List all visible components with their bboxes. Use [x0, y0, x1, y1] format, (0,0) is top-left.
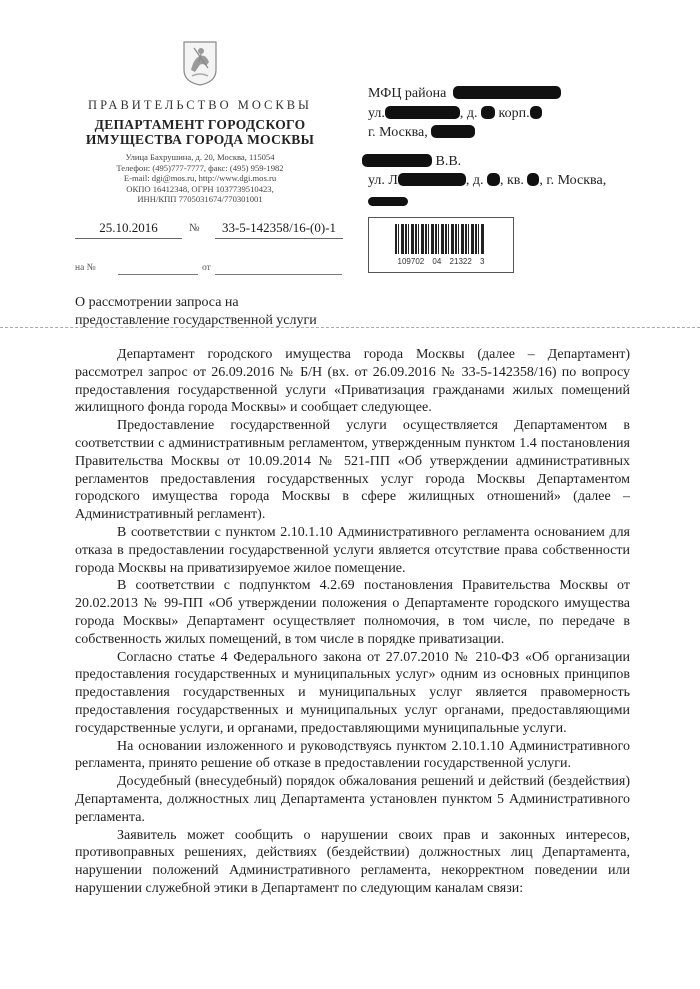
- paragraph-5: Согласно статье 4 Федерального закона от…: [75, 649, 630, 738]
- subject-line1: О рассмотрении запроса на: [75, 294, 317, 312]
- registration-row: 25.10.2016 № 33-5-142358/16-(0)-1: [75, 220, 335, 240]
- reference-number-label: на №: [75, 263, 96, 273]
- barcode: 109702 04 21322 3: [368, 217, 514, 273]
- department-name: ДЕПАРТАМЕНТ ГОРОДСКОГО ИМУЩЕСТВА ГОРОДА …: [75, 117, 325, 147]
- redaction: [453, 86, 561, 99]
- redaction: [487, 173, 500, 186]
- redaction: [398, 173, 466, 186]
- redaction: [530, 106, 542, 119]
- paragraph-2: Предоставление государственной услуги ос…: [75, 417, 630, 524]
- redaction: [385, 106, 460, 119]
- reference-date-blank: [215, 274, 342, 275]
- contact-inn-kpp: ИНН/КПП 7705031674/770301001: [75, 194, 325, 205]
- addressee-mfc-city: г. Москва,: [368, 123, 606, 143]
- contact-okpo-ogrn: ОКПО 16412348, ОГРН 1037739510423,: [75, 184, 325, 195]
- barcode-bars: [395, 224, 485, 254]
- reference-row: на № от: [75, 261, 335, 277]
- paragraph-6: На основании изложенного и руководствуяс…: [75, 738, 630, 774]
- number-sign: №: [189, 222, 200, 234]
- paragraph-8: Заявитель может сообщить о нарушении сво…: [75, 827, 630, 898]
- government-title: ПРАВИТЕЛЬСТВО МОСКВЫ: [75, 98, 325, 113]
- addressee-mfc: МФЦ района: [368, 84, 606, 104]
- department-name-line1: ДЕПАРТАМЕНТ ГОРОДСКОГО: [75, 117, 325, 132]
- paragraph-4: В соответствии с подпунктом 4.2.69 поста…: [75, 577, 630, 648]
- document-number: 33-5-142358/16-(0)-1: [215, 220, 343, 236]
- addressee-home-address: ул. Л, д. , кв. , г. Москва,: [368, 171, 606, 191]
- addressee-name: В.В.: [368, 152, 606, 172]
- contact-email: E-mail: dgi@mos.ru, http://www.dgi.mos.r…: [75, 173, 325, 184]
- document-date: 25.10.2016: [75, 220, 182, 236]
- reference-from-label: от: [202, 263, 211, 273]
- reference-number-blank: [118, 274, 198, 275]
- redaction: [527, 173, 539, 186]
- subject: О рассмотрении запроса на предоставление…: [75, 294, 317, 330]
- addressee-home-address-2: [368, 191, 606, 211]
- paragraph-1: Департамент городского имущества города …: [75, 346, 630, 417]
- redaction: [431, 125, 475, 138]
- date-underline: [75, 238, 182, 239]
- fold-line: [0, 327, 700, 328]
- addressee-mfc-street: ул., д. корп.: [368, 104, 606, 124]
- moscow-coat-of-arms-icon: [182, 40, 218, 86]
- contact-phone: Телефон: (495)777-7777, факс: (495) 959-…: [75, 163, 325, 174]
- contact-address: Улица Бахрушина, д. 20, Москва, 115054: [75, 152, 325, 163]
- department-name-line2: ИМУЩЕСТВА ГОРОДА МОСКВЫ: [75, 132, 325, 147]
- barcode-digits: 109702 04 21322 3: [369, 257, 513, 266]
- redaction: [368, 197, 408, 206]
- redaction: [362, 154, 432, 167]
- department-contacts: Улица Бахрушина, д. 20, Москва, 115054 Т…: [75, 152, 325, 205]
- addressee-block: МФЦ района ул., д. корп. г. Москва, В.В.…: [368, 84, 606, 210]
- paragraph-7: Досудебный (внесудебный) порядок обжалов…: [75, 773, 630, 826]
- number-underline: [215, 238, 343, 239]
- redaction: [481, 106, 495, 119]
- paragraph-3: В соответствии с пунктом 2.10.1.10 Админ…: [75, 524, 630, 577]
- letter-body: Департамент городского имущества города …: [75, 346, 630, 898]
